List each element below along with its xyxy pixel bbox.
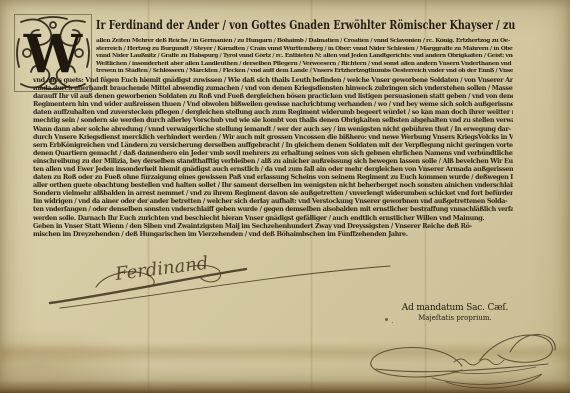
body-line: daten auffzuhalten vnd zuverstecken pfle… — [33, 108, 513, 116]
body-line: Wann dann aber solche abredung / vnnd ve… — [33, 125, 513, 133]
subscription-line-1: Ad mandatum Sac. Cæſ. — [396, 303, 514, 313]
body-line: trewen in Städten / Schlössern / Märckte… — [96, 68, 513, 76]
body-line: durch Vnsere Kriegsdienst mercklich verh… — [33, 133, 513, 141]
body-line: sterreich / Hertzog zu Burgundt / Steyer… — [96, 46, 513, 54]
body-line: mischen im Dreyzehenden / deß Hungarisch… — [33, 230, 513, 238]
subscription-line-2: Majeſtatis proprium. — [396, 314, 514, 322]
document-heading: Ir Ferdinand der Ander / von Gottes Gnad… — [96, 15, 413, 35]
document-text: Ir Ferdinand der Ander / von Gottes Gnad… — [33, 15, 513, 238]
body-line: einschreibung zu der Milizia, bey dersel… — [33, 157, 513, 165]
ink-speck — [385, 318, 388, 321]
body-line: ten vnderfangen / oder denselben sonsten… — [33, 205, 513, 213]
body-line: Regimentern hin vnd wider außreissen thu… — [33, 100, 513, 108]
body-line: vnnd Nider Laußnitz / Graffe zu Habspurg… — [96, 53, 513, 61]
body-line: allen Zeiten Mehrer deß Reichs / in Germ… — [96, 38, 513, 46]
body-line: Geben in Vnser Statt Wienn / den Siben v… — [33, 222, 513, 230]
body-line: daten zu Roß oder zu Fueß ohne fürzaigun… — [33, 173, 513, 181]
parchment-page: W Ir Ferdinand der Ander / von Gottes Gn… — [0, 0, 570, 393]
body-line: darauff Ihr vil auß denen geworbenen Sol… — [33, 92, 513, 100]
subscription-block: Ad mandatum Sac. Cæſ. Majeſtatis propriu… — [396, 303, 514, 322]
body-line: Im widrigen / vnd da ainer oder der ande… — [33, 197, 513, 205]
body-line: mechtig sein / sondern sie werden durch … — [33, 116, 513, 124]
body-line: denen Quartiern gemacht / daß dannenhero… — [33, 149, 513, 157]
ferdinand-signature: Ferdinand — [38, 253, 400, 315]
body-line: ten allen vnd Ewer Jeden insonderheit hi… — [33, 165, 513, 173]
body-line: Weltlichen / insonderheit aber allen Lan… — [96, 61, 513, 69]
full-width-lines: vnd alles guets: Vnd fügen Euch hiemit g… — [33, 76, 513, 238]
body-line: aller orthen guete obachtung bestellen v… — [33, 181, 513, 189]
body-line: Sondern vielmehr alßbalden in arrest nem… — [33, 189, 513, 197]
body-line: sern ErbKönigreichen vnd Ländern zu vers… — [33, 141, 513, 149]
emperor-signature-text: Ferdinand — [113, 253, 209, 285]
body-line: mada durch allerhandt brauchende Mittel … — [33, 84, 513, 92]
indented-lines: allen Zeiten Mehrer deß Reichs / in Germ… — [33, 38, 513, 76]
body-line: vnd alles guets: Vnd fügen Euch hiemit g… — [33, 76, 513, 84]
countersignature-flourish — [362, 324, 566, 390]
body-line: werden solle. Darnach Ihr Euch zurichten… — [33, 214, 513, 222]
